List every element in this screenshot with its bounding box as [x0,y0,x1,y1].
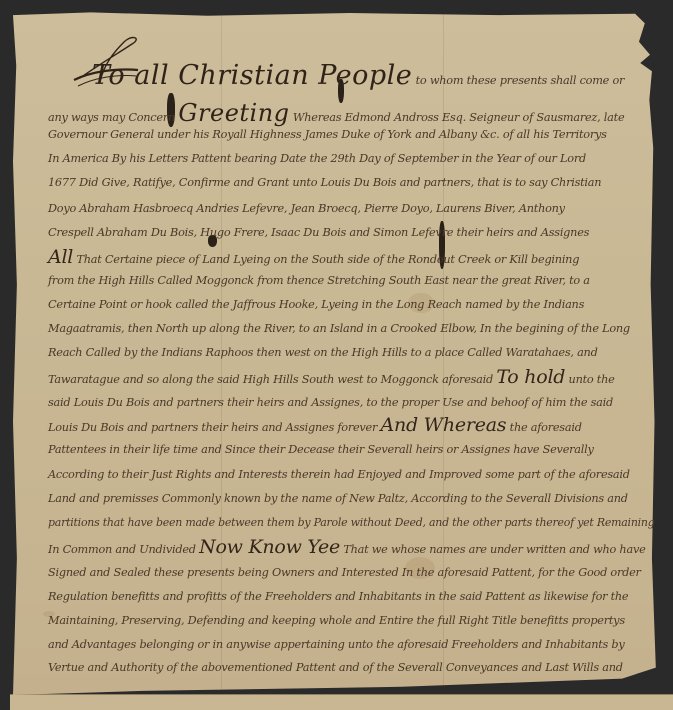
heading-salutation: Greeting [178,99,289,127]
underlying-page-edge [10,694,673,710]
deed-line: partitions that have been made between t… [48,516,655,529]
deed-line: In America By his Letters Pattent bearin… [48,152,586,165]
deed-line: Magaatramis, then North up along the Riv… [48,322,630,335]
deed-line: Maintaining, Preserving, Defending and k… [48,614,625,627]
deed-line: Regulation benefitts and profitts of the… [48,590,628,603]
deed-line: any ways may Concern Greeting Whereas Ed… [48,99,624,127]
deed-line: All That Certaine piece of Land Lyeing o… [48,246,579,268]
deed-line: Pattentees in their life time and Since … [48,443,594,456]
deed-line: In Common and Undivided Now Know Yee Tha… [48,536,646,558]
deed-line: Doyo Abraham Hasbroecq Andries Lefevre, … [48,202,565,215]
deed-line: Crespell Abraham Du Bois, Hugo Frere, Is… [48,226,589,239]
deed-line: Vertue and Authority of the abovemention… [48,661,623,674]
deed-line: Land and premisses Commonly known by the… [48,492,628,505]
deed-line: To all Christian People to whom these pr… [92,60,624,91]
deed-line: said Louis Du Bois and partners their he… [48,396,613,409]
deed-line: Reach Called by the Indians Raphoos then… [48,346,598,359]
deed-line: Certaine Point or hook called the Jaffro… [48,298,584,311]
deed-line: Louis Du Bois and partners their heirs a… [48,414,582,436]
deed-line: 1677 Did Give, Ratifye, Confirme and Gra… [48,176,601,189]
deed-line: and Advantages belonging or in anywise a… [48,638,625,651]
deed-line: Governour General under his Royall Highn… [48,128,607,141]
deed-line: According to their Just Rights and Inter… [48,468,630,481]
deed-line: Tawaratague and so along the said High H… [48,366,615,388]
deed-line: Signed and Sealed these presents being O… [48,566,641,579]
deed-line: from the High Hills Called Moggonck from… [48,274,590,287]
heading-opening: To all Christian People [92,60,412,91]
